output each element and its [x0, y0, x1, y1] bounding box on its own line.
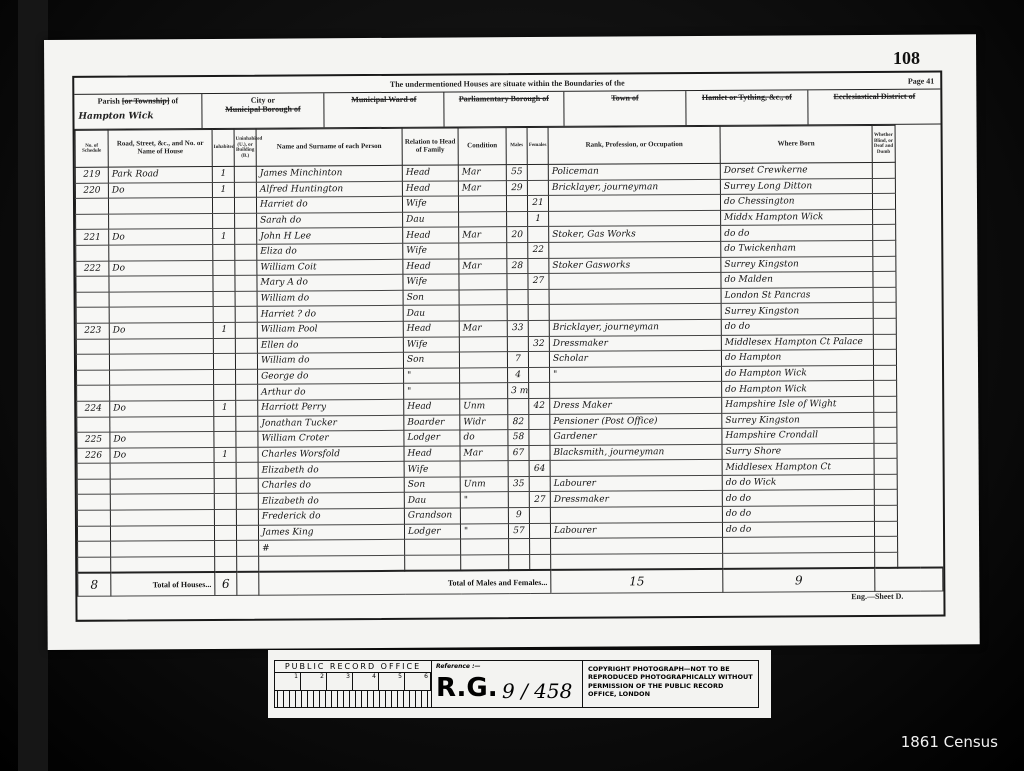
schedule-cell: 220	[75, 183, 108, 199]
birthplace-cell: Surry Shore	[722, 443, 874, 460]
street-cell	[109, 276, 213, 292]
street-cell: Do	[109, 260, 213, 276]
ruler-panel: PUBLIC RECORD OFFICE 123456	[275, 661, 432, 707]
name-cell: Alfred Huntington	[256, 181, 402, 197]
folio-number: 108	[893, 48, 920, 69]
col-schedule: No. of Schedule	[75, 130, 108, 167]
occupation-cell	[551, 553, 723, 570]
office-name: PUBLIC RECORD OFFICE	[275, 661, 431, 673]
name-cell: Arthur do	[258, 384, 404, 400]
street-cell: Do	[108, 182, 212, 198]
uninhabited-cell	[236, 431, 258, 447]
birthplace-cell: do Chessington	[720, 194, 872, 211]
city-field: City or Municipal Borough of	[202, 93, 324, 128]
uninhabited-cell	[236, 509, 258, 525]
infirmity-cell	[875, 552, 898, 568]
relation-cell: Lodger	[404, 524, 460, 540]
uninhabited-cell	[236, 400, 258, 416]
schedule-cell: 224	[77, 401, 110, 417]
occupation-cell: Pensioner (Post Office)	[550, 413, 722, 430]
inhabited-cell	[212, 198, 234, 214]
relation-cell: Head	[402, 181, 458, 197]
inhabited-cell	[214, 416, 236, 432]
birthplace-cell: do Hampton Wick	[722, 365, 874, 382]
ruler-cm: 123456	[275, 673, 431, 691]
col-street: Road, Street, &c., and No. or Name of Ho…	[108, 129, 212, 167]
infirmity-cell	[874, 490, 897, 506]
occupation-cell: Gardener	[550, 428, 722, 445]
relation-cell: Lodger	[404, 430, 460, 446]
uninhabited-cell	[236, 462, 258, 478]
street-cell: Park Road	[108, 166, 212, 182]
street-cell	[110, 494, 214, 510]
street-cell: Do	[109, 322, 213, 338]
street-cell	[109, 244, 213, 260]
inhabited-cell	[213, 244, 235, 260]
name-cell: John H Lee	[257, 228, 403, 244]
male-age-cell	[507, 274, 528, 290]
male-age-cell: 3 mo	[508, 383, 529, 399]
birthplace-cell: Hampshire Isle of Wight	[722, 396, 874, 413]
female-age-cell	[528, 352, 549, 368]
infirmity-cell	[873, 240, 896, 256]
schedule-cell	[76, 292, 109, 308]
inhabited-cell	[213, 275, 235, 291]
inhabited-cell	[214, 478, 236, 494]
infirmity-cell	[874, 521, 897, 537]
male-age-cell: 4	[508, 367, 529, 383]
schedule-cell: 223	[76, 323, 109, 339]
occupation-cell: Policeman	[548, 163, 720, 180]
schedule-cell	[77, 495, 110, 511]
ruler-ticks	[277, 691, 429, 708]
schedules-total: 8	[90, 578, 98, 592]
relation-cell: Head	[404, 399, 460, 415]
infirmity-cell	[874, 381, 897, 397]
relation-cell: Wife	[404, 461, 460, 477]
street-cell	[109, 354, 213, 370]
schedule-cell	[77, 385, 110, 401]
occupation-cell: Blacksmith, journeyman	[550, 444, 722, 461]
infirmity-cell	[874, 459, 897, 475]
inhabited-cell	[214, 385, 236, 401]
birthplace-cell: London St Pancras	[721, 287, 873, 304]
condition-cell	[461, 555, 509, 571]
infirmity-cell	[873, 303, 896, 319]
condition-cell: Mar	[458, 180, 506, 196]
occupation-cell	[549, 241, 721, 258]
inhabited-cell	[213, 260, 235, 276]
male-age-cell	[508, 492, 529, 508]
infirmity-cell	[873, 318, 896, 334]
uninhabited-cell	[235, 322, 257, 338]
birthplace-cell: Hampshire Crondall	[722, 428, 874, 445]
name-cell: Eliza do	[257, 243, 403, 259]
hamlet-field: Hamlet or Tything, &c., of	[686, 90, 808, 125]
street-cell	[110, 478, 214, 494]
male-age-cell: 9	[508, 508, 529, 524]
birthplace-cell: Surrey Long Ditton	[720, 178, 872, 195]
female-age-cell	[528, 320, 549, 336]
col-where-born: Where Born	[720, 125, 872, 163]
relation-cell: Dau	[403, 212, 459, 228]
female-age-cell	[530, 539, 551, 555]
relation-cell: "	[404, 383, 460, 399]
inhabited-cell: 1	[212, 166, 234, 182]
female-age-cell: 64	[529, 461, 550, 477]
street-cell	[110, 369, 214, 385]
condition-cell: "	[460, 492, 508, 508]
female-age-cell	[529, 445, 550, 461]
male-age-cell	[506, 196, 527, 212]
schedule-cell	[77, 479, 110, 495]
name-cell: Charles Worsfold	[258, 446, 404, 462]
name-cell: Ellen do	[257, 337, 403, 353]
occupation-cell: Bricklayer, journeyman	[548, 179, 720, 196]
male-age-cell: 28	[507, 258, 528, 274]
condition-cell: Mar	[460, 445, 508, 461]
street-cell	[110, 385, 214, 401]
female-age-cell	[529, 507, 550, 523]
street-cell: Do	[110, 400, 214, 416]
male-age-cell: 58	[508, 430, 529, 446]
female-age-cell	[527, 180, 548, 196]
relation-cell: Head	[404, 446, 460, 462]
name-cell: George do	[258, 368, 404, 384]
street-cell: Do	[109, 229, 213, 245]
col-age-males: Males	[506, 128, 527, 165]
occupation-cell	[550, 506, 722, 523]
infirmity-cell	[873, 349, 896, 365]
name-cell: William Croter	[258, 430, 404, 446]
male-age-cell: 35	[508, 476, 529, 492]
persons-total-label: Total of Males and Females...	[259, 570, 551, 595]
male-age-cell: 33	[507, 320, 528, 336]
col-name: Name and Surname of each Person	[256, 128, 402, 166]
relation-cell: Head	[403, 321, 459, 337]
uninhabited-cell	[235, 291, 257, 307]
uninhabited-cell	[237, 556, 259, 572]
birthplace-cell: do do	[722, 521, 874, 538]
female-age-cell: 22	[528, 242, 549, 258]
males-total: 15	[629, 575, 644, 589]
inhabited-cell	[214, 525, 236, 541]
inhabited-cell	[214, 494, 236, 510]
relation-cell	[405, 539, 461, 555]
inhabited-cell: 1	[213, 229, 235, 245]
name-cell: Harriott Perry	[258, 399, 404, 415]
uninhabited-cell	[235, 353, 257, 369]
birthplace-cell: do do	[721, 318, 873, 335]
birthplace-cell: do do Wick	[722, 474, 874, 491]
inhabited-cell	[213, 307, 235, 323]
relation-cell: Son	[404, 477, 460, 493]
female-age-cell	[527, 164, 548, 180]
col-occupation: Rank, Profession, or Occupation	[548, 126, 720, 164]
uninhabited-cell	[236, 385, 258, 401]
inhabited-cell: 1	[213, 322, 235, 338]
male-age-cell	[507, 305, 528, 321]
infirmity-cell	[874, 365, 897, 381]
female-age-cell	[530, 554, 551, 570]
schedule-cell	[76, 214, 109, 230]
street-cell	[110, 510, 214, 526]
condition-cell: Unm	[460, 399, 508, 415]
male-age-cell: 82	[508, 414, 529, 430]
reference-series: R.G.	[436, 673, 498, 703]
name-cell: William Pool	[257, 321, 403, 337]
name-cell: Harriet do	[256, 197, 402, 213]
schedule-cell: 225	[77, 432, 110, 448]
inhabited-cell	[213, 353, 235, 369]
male-age-cell	[507, 243, 528, 259]
male-age-cell	[508, 398, 529, 414]
female-age-cell	[528, 305, 549, 321]
condition-cell: Mar	[459, 227, 507, 243]
female-age-cell	[529, 414, 550, 430]
uninhabited-cell	[236, 447, 258, 463]
copyright-notice: COPYRIGHT PHOTOGRAPH—NOT TO BE REPRODUCE…	[583, 661, 758, 707]
reference-panel: Reference :— R.G. 9 / 458	[432, 661, 583, 707]
inhabited-cell	[214, 463, 236, 479]
name-cell: William do	[257, 352, 403, 368]
col-inhabited: Inhabited	[212, 129, 234, 166]
condition-cell	[460, 461, 508, 477]
boundary-fields: Parish [or Township] of Hampton Wick Cit…	[74, 89, 940, 130]
column-headers: No. of Schedule Road, Street, &c., and N…	[75, 125, 940, 167]
street-cell	[109, 338, 213, 354]
relation-cell: Dau	[403, 305, 459, 321]
relation-cell	[405, 555, 461, 571]
female-age-cell: 42	[529, 398, 550, 414]
birthplace-cell: Surrey Kingston	[721, 256, 873, 273]
birthplace-cell: do Twickenham	[721, 240, 873, 257]
occupation-cell	[549, 273, 721, 290]
occupation-cell: Dressmaker	[550, 491, 722, 508]
infirmity-cell	[872, 162, 895, 178]
birthplace-cell: Surrey Kingston	[721, 303, 873, 320]
infirmity-cell	[873, 225, 896, 241]
inhabited-cell: 1	[214, 447, 236, 463]
schedule-cell	[76, 276, 109, 292]
infirmity-cell	[873, 209, 896, 225]
ward-field: Municipal Ward of	[324, 93, 444, 128]
public-record-office-stamp: PUBLIC RECORD OFFICE 123456 Reference :—…	[268, 650, 771, 718]
relation-cell: Grandson	[404, 508, 460, 524]
condition-cell	[460, 383, 508, 399]
occupation-cell: Scholar	[549, 350, 721, 367]
schedule-cell	[76, 307, 109, 323]
occupation-cell	[550, 382, 722, 399]
condition-cell	[459, 211, 507, 227]
infirmity-cell	[874, 474, 897, 490]
schedule-cell: 222	[76, 261, 109, 277]
street-cell	[111, 556, 215, 573]
male-age-cell	[508, 461, 529, 477]
birthplace-cell: Middlesex Hampton Ct	[722, 459, 874, 476]
occupation-cell: Labourer	[550, 522, 722, 539]
relation-cell: Head	[402, 165, 458, 181]
street-cell	[109, 291, 213, 307]
relation-cell: Head	[403, 227, 459, 243]
female-age-cell	[529, 523, 550, 539]
infirmity-cell	[875, 537, 898, 553]
occupation-cell	[549, 210, 721, 227]
condition-cell: Mar	[459, 258, 507, 274]
totals-row: 8 Total of Houses... 6 Total of Males an…	[78, 568, 943, 597]
street-cell: Do	[110, 432, 214, 448]
col-blind-deaf: Whether Blind, or Deaf and Dumb	[872, 125, 895, 162]
birthplace-cell	[723, 537, 875, 554]
houses-total: 6	[222, 577, 230, 591]
inhabited-cell	[214, 431, 236, 447]
inhabited-cell	[215, 556, 237, 572]
male-age-cell: 67	[508, 445, 529, 461]
infirmity-cell	[873, 287, 896, 303]
infirmity-cell	[874, 412, 897, 428]
occupation-cell: Bricklayer, journeyman	[549, 319, 721, 336]
condition-cell	[459, 336, 507, 352]
condition-cell	[459, 274, 507, 290]
relation-cell: Wife	[403, 243, 459, 259]
infirmity-cell	[872, 193, 895, 209]
uninhabited-cell	[235, 275, 257, 291]
inhabited-cell	[214, 509, 236, 525]
uninhabited-cell	[235, 260, 257, 276]
birthplace-cell: Middx Hampton Wick	[721, 209, 873, 226]
schedule-cell: 226	[77, 448, 110, 464]
inhabited-cell: 1	[212, 182, 234, 198]
condition-cell	[459, 305, 507, 321]
female-age-cell	[528, 227, 549, 243]
female-age-cell	[529, 476, 550, 492]
ecclesiastical-district-field: Ecclesiastical District of	[808, 90, 940, 125]
infirmity-cell	[873, 271, 896, 287]
inhabited-cell	[213, 213, 235, 229]
condition-cell: "	[460, 523, 508, 539]
uninhabited-cell	[236, 478, 258, 494]
occupation-cell: Dress Maker	[550, 397, 722, 414]
male-age-cell	[507, 211, 528, 227]
census-form: The undermentioned Houses are situate wi…	[72, 71, 945, 622]
name-cell: James King	[258, 524, 404, 540]
relation-cell: Head	[403, 259, 459, 275]
female-age-cell	[529, 430, 550, 446]
name-cell: William Coit	[257, 259, 403, 275]
name-cell: Harriet ? do	[257, 306, 403, 322]
schedule-cell	[75, 198, 108, 214]
male-age-cell: 7	[507, 352, 528, 368]
birthplace-cell: do Hampton Wick	[722, 381, 874, 398]
condition-cell: Widr	[460, 414, 508, 430]
street-cell	[108, 198, 212, 214]
parish-field: Parish [or Township] of Hampton Wick	[74, 94, 202, 129]
schedule-cell	[77, 370, 110, 386]
birthplace-cell: Dorset Crewkerne	[720, 162, 872, 179]
col-condition: Condition	[458, 128, 506, 165]
street-cell	[111, 541, 215, 557]
infirmity-cell	[874, 443, 897, 459]
name-cell: #	[259, 540, 405, 556]
infirmity-cell	[874, 505, 897, 521]
schedule-cell: 219	[75, 167, 108, 183]
occupation-cell	[549, 304, 721, 321]
inhabited-cell	[213, 338, 235, 354]
relation-cell: "	[404, 368, 460, 384]
male-age-cell	[509, 539, 530, 555]
uninhabited-cell	[235, 229, 257, 245]
schedule-cell	[77, 417, 110, 433]
caption: 1861 Census	[901, 733, 998, 751]
uninhabited-cell	[234, 182, 256, 198]
occupation-cell: Labourer	[550, 475, 722, 492]
birthplace-cell: do Malden	[721, 272, 873, 289]
birthplace-cell: Surrey Kingston	[722, 412, 874, 429]
reference-label: Reference :—	[436, 663, 480, 670]
uninhabited-cell	[235, 307, 257, 323]
parliamentary-borough-field: Parliamentary Borough of	[444, 92, 564, 127]
schedule-cell: 221	[76, 229, 109, 245]
schedule-cell	[76, 354, 109, 370]
male-age-cell	[507, 289, 528, 305]
birthplace-cell: Middlesex Hampton Ct Palace	[721, 334, 873, 351]
birthplace-cell: do do	[722, 490, 874, 507]
female-age-cell: 32	[528, 336, 549, 352]
street-cell	[110, 525, 214, 541]
occupation-cell	[551, 538, 723, 555]
condition-cell: Mar	[458, 165, 506, 181]
female-age-cell: 27	[528, 274, 549, 290]
census-table: No. of Schedule Road, Street, &c., and N…	[75, 125, 944, 598]
schedule-cell	[77, 463, 110, 479]
uninhabited-cell	[235, 244, 257, 260]
street-cell	[110, 463, 214, 479]
name-cell: Elizabeth do	[258, 493, 404, 509]
condition-cell	[459, 243, 507, 259]
uninhabited-cell	[236, 525, 258, 541]
birthplace-cell: do do	[722, 505, 874, 522]
condition-cell: do	[460, 430, 508, 446]
female-age-cell	[529, 383, 550, 399]
condition-cell	[459, 352, 507, 368]
occupation-cell	[550, 460, 722, 477]
col-age-females: Females	[527, 127, 548, 164]
col-uninhabited: Uninhabited (U.), or Building (B.)	[234, 129, 256, 166]
schedule-cell	[76, 339, 109, 355]
inhabited-cell	[215, 541, 237, 557]
houses-total-label: Total of Houses...	[111, 572, 215, 596]
infirmity-cell	[873, 334, 896, 350]
relation-cell: Son	[403, 352, 459, 368]
female-age-cell	[529, 367, 550, 383]
condition-cell: Unm	[460, 477, 508, 493]
uninhabited-cell	[234, 166, 256, 182]
relation-cell: Dau	[404, 492, 460, 508]
condition-cell	[459, 289, 507, 305]
name-cell: Charles do	[258, 477, 404, 493]
condition-cell	[458, 196, 506, 212]
schedule-cell	[77, 526, 110, 542]
schedule-cell	[76, 245, 109, 261]
condition-cell	[461, 539, 509, 555]
name-cell: Sarah do	[257, 212, 403, 228]
relation-cell: Boarder	[404, 414, 460, 430]
condition-cell	[460, 508, 508, 524]
infirmity-cell	[872, 178, 895, 194]
inhabited-cell	[214, 369, 236, 385]
street-cell	[109, 307, 213, 323]
uninhabited-cell	[237, 540, 259, 556]
